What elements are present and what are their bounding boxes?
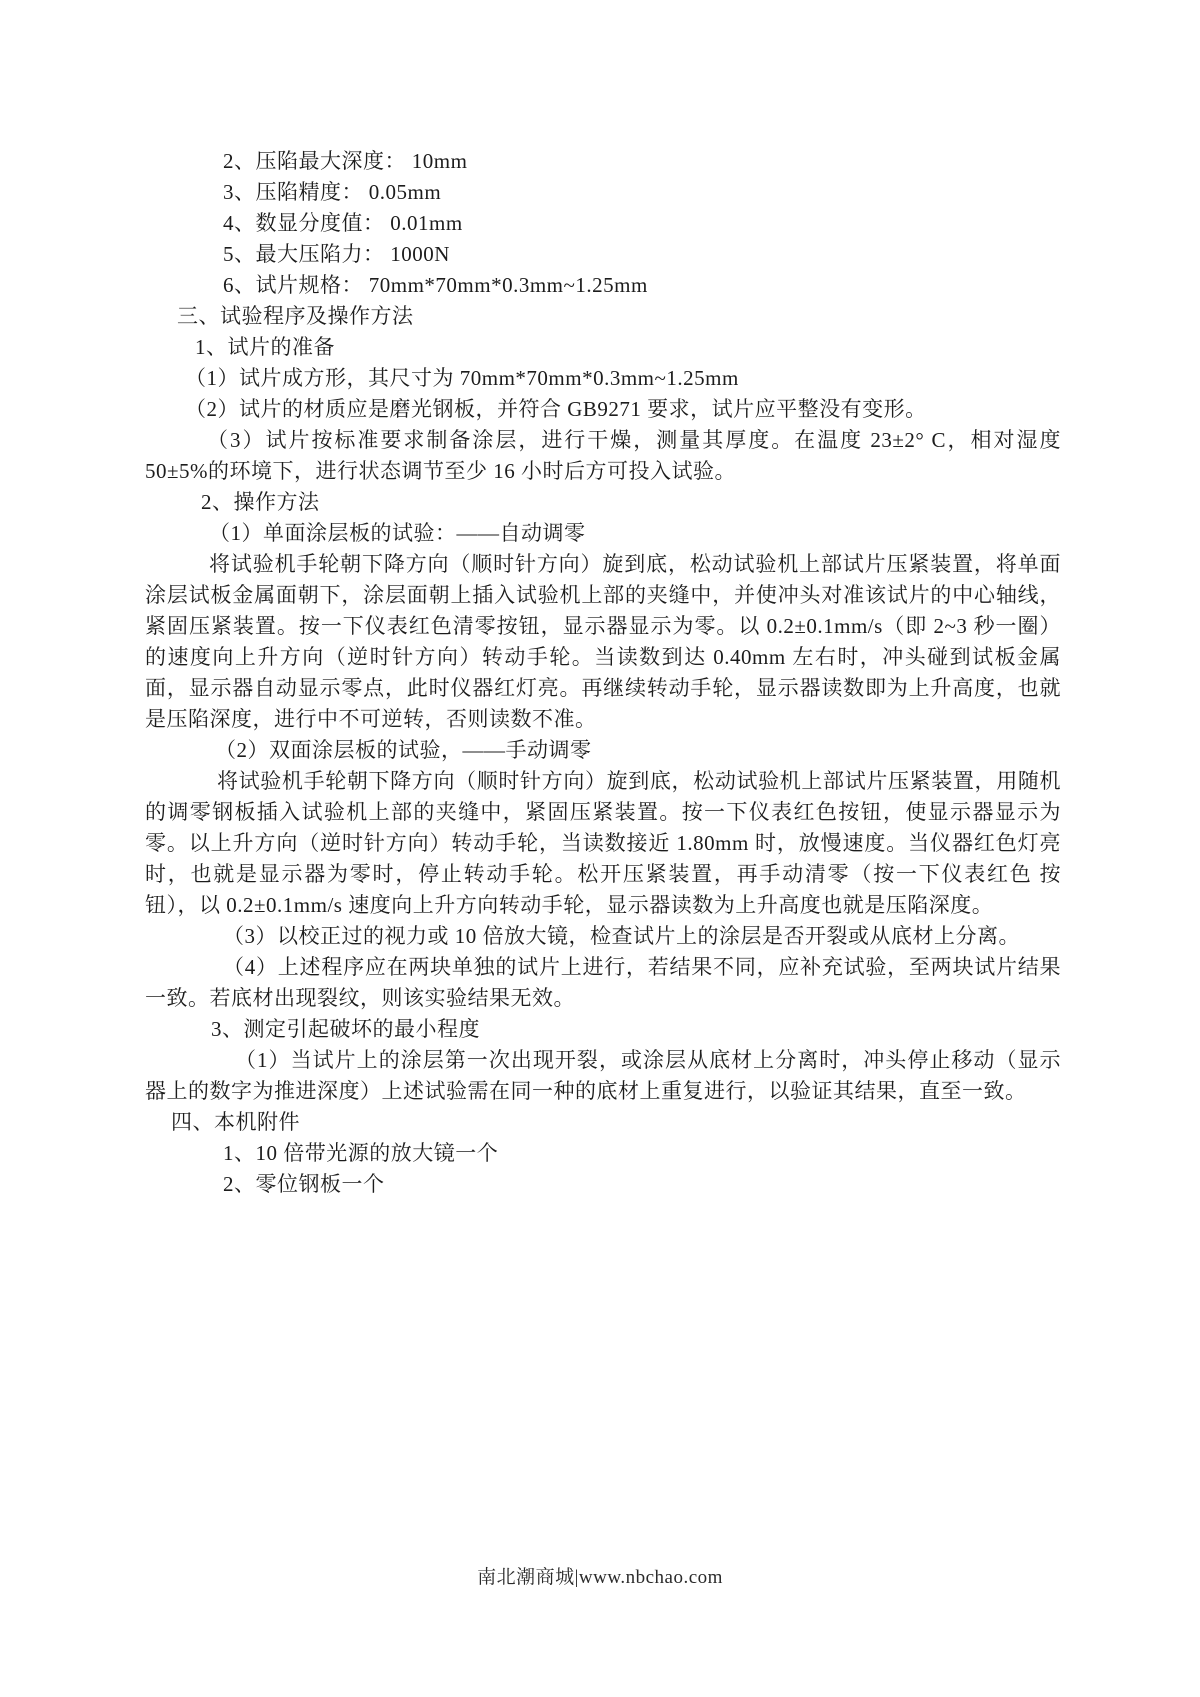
footer-text: 南北潮商城|www.nbchao.com [0, 1564, 1200, 1592]
paragraph-double-side-steps: 将试验机手轮朝下降方向（顺时针方向）旋到底，松动试验机上部试片压紧装置，用随机的… [145, 766, 1061, 921]
paragraph-inspection: （3）以校正过的视力或 10 倍放大镜，检查试片上的涂层是否开裂或从底材上分离。 [145, 921, 1061, 952]
section-heading-accessories: 四、本机附件 [145, 1107, 1061, 1138]
spec-item-display-division: 4、数显分度值： 0.01mm [145, 208, 1061, 239]
subsection-operation-method: 2、操作方法 [145, 487, 1061, 518]
accessory-item-magnifier: 1、10 倍带光源的放大镜一个 [145, 1138, 1061, 1169]
subsection-specimen-prep: 1、试片的准备 [145, 332, 1061, 363]
spec-item-max-force: 5、最大压陷力： 1000N [145, 239, 1061, 270]
paragraph-prep-1: （1）试片成方形，其尺寸为 70mm*70mm*0.3mm~1.25mm [145, 363, 1061, 394]
section-heading-procedure: 三、试验程序及操作方法 [145, 301, 1061, 332]
paragraph-repeat-test: （4）上述程序应在两块单独的试片上进行，若结果不同，应补充试验，至两块试片结果一… [145, 952, 1061, 1014]
paragraph-min-damage-1: （1）当试片上的涂层第一次出现开裂，或涂层从底材上分离时，冲头停止移动（显示器上… [145, 1045, 1061, 1107]
paragraph-double-side-title: （2）双面涂层板的试验，——手动调零 [145, 735, 1061, 766]
paragraph-single-side-title: （1）单面涂层板的试验：——自动调零 [145, 518, 1061, 549]
spec-item-indent-depth: 2、压陷最大深度： 10mm [145, 146, 1061, 177]
spec-item-specimen-size: 6、试片规格： 70mm*70mm*0.3mm~1.25mm [145, 270, 1061, 301]
document-body: 2、压陷最大深度： 10mm 3、压陷精度： 0.05mm 4、数显分度值： 0… [145, 146, 1061, 1200]
document-page: { "page": { "background_color": "#ffffff… [0, 0, 1200, 1697]
accessory-item-zero-plate: 2、零位钢板一个 [145, 1169, 1061, 1200]
spec-item-indent-precision: 3、压陷精度： 0.05mm [145, 177, 1061, 208]
subsection-min-damage: 3、测定引起破坏的最小程度 [145, 1014, 1061, 1045]
paragraph-prep-3: （3）试片按标准要求制备涂层，进行干燥，测量其厚度。在温度 23±2° C，相对… [145, 425, 1061, 487]
paragraph-single-side-steps: 将试验机手轮朝下降方向（顺时针方向）旋到底，松动试验机上部试片压紧装置，将单面涂… [145, 549, 1061, 735]
paragraph-prep-2: （2）试片的材质应是磨光钢板，并符合 GB9271 要求，试片应平整没有变形。 [145, 394, 1061, 425]
